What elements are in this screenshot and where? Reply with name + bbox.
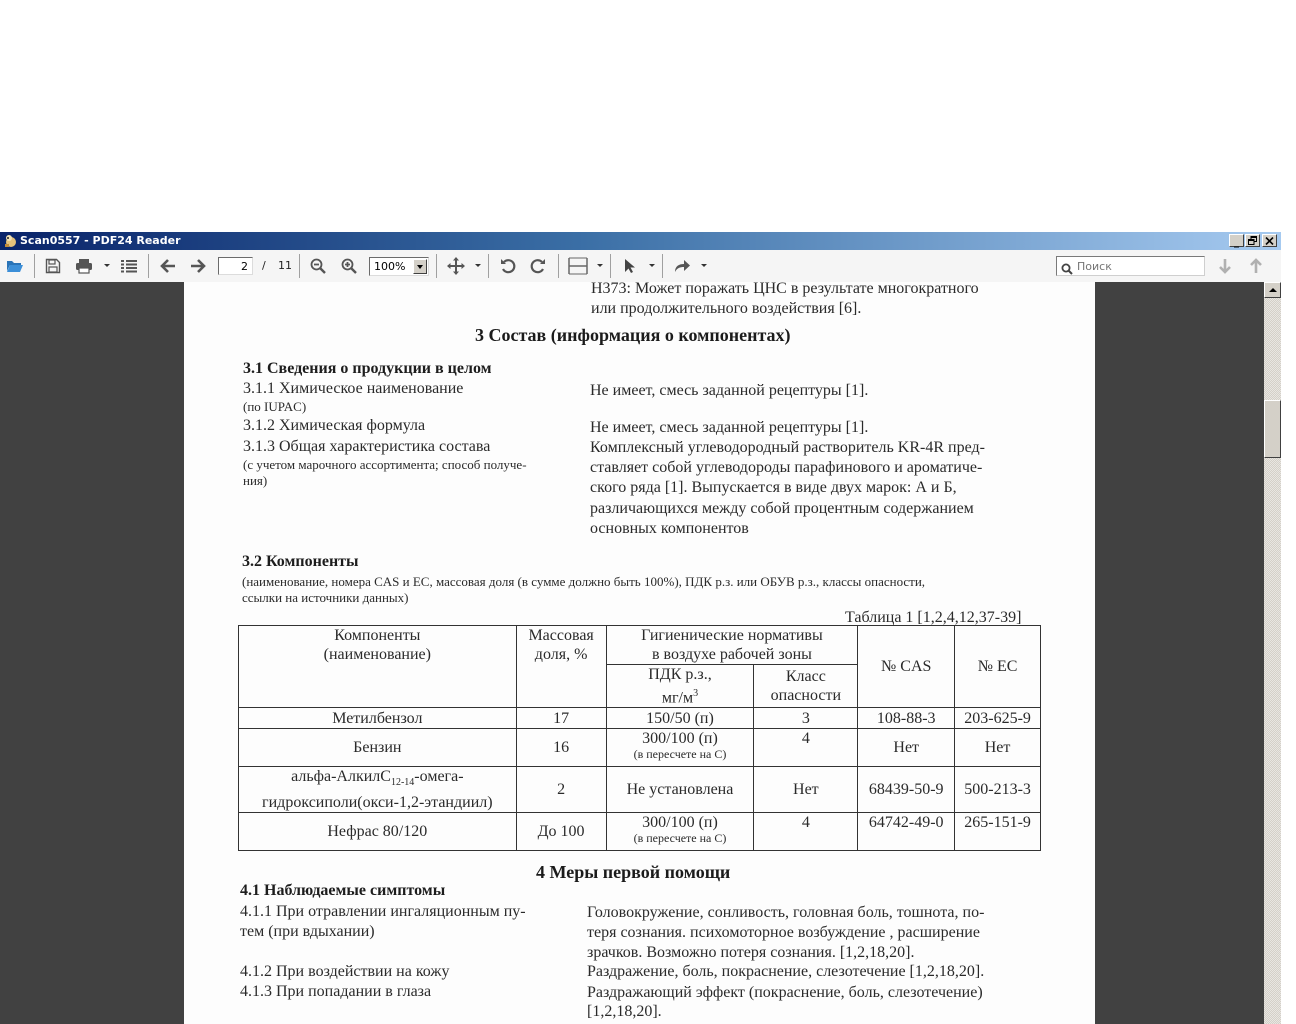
select-tool-button[interactable] xyxy=(619,256,641,276)
close-button[interactable] xyxy=(1262,234,1277,247)
s411-label-1: 4.1.1 При отравлении ингаляционным пу- xyxy=(240,902,526,922)
s411-value-line: Головокружение, сонливость, головная бол… xyxy=(587,903,984,923)
s411-label-2: тем (при вдыхании) xyxy=(240,922,375,942)
h373-line-2: или продолжительного воздействия [6]. xyxy=(591,299,861,319)
s411-value-line: теря сознания. психомоторное возбуждение… xyxy=(587,923,980,943)
s413-value-1: Раздражающий эффект (покраснение, боль, … xyxy=(587,983,983,1003)
page-number-input[interactable] xyxy=(218,257,253,275)
pdf-page: H373: Может поражать ЦНС в результате мн… xyxy=(184,282,1095,1024)
s313-sub-1: (с учетом марочного ассортимента; способ… xyxy=(243,457,527,473)
s313-label: 3.1.3 Общая характеристика состава xyxy=(243,437,490,457)
zoom-dropdown-button[interactable] xyxy=(413,259,427,274)
zoom-level-value: 100% xyxy=(374,260,405,273)
table-row: альфа-АлкилC12-14-омега-гидроксиполи(окс… xyxy=(239,767,1041,812)
pan-tool-button[interactable] xyxy=(445,256,467,276)
zoom-out-button[interactable] xyxy=(307,256,329,276)
save-icon xyxy=(45,258,61,274)
vertical-scrollbar[interactable] xyxy=(1264,282,1281,1024)
table-row: Бензин 16 300/100 (п)(в пересчете на С) … xyxy=(239,729,1041,767)
open-button[interactable] xyxy=(4,256,26,276)
zoom-level-select[interactable]: 100% xyxy=(369,257,429,276)
search-previous-button[interactable] xyxy=(1245,256,1267,276)
arrow-up-icon xyxy=(1249,258,1263,274)
s311-sub: (по IUPAC) xyxy=(243,399,306,415)
rotate-left-button[interactable] xyxy=(497,256,519,276)
fit-width-icon xyxy=(568,257,588,275)
pdf-reader-window: Scan0557 - PDF24 Reader _ xyxy=(0,232,1281,1024)
scrollbar-thumb[interactable] xyxy=(1264,400,1281,458)
section-3-2-title: 3.2 Компоненты xyxy=(242,552,359,572)
section-4-title: 4 Меры первой помощи xyxy=(536,862,730,882)
window-title: Scan0557 - PDF24 Reader xyxy=(20,234,181,247)
section-3-1-title: 3.1 Сведения о продукции в целом xyxy=(243,359,492,379)
section-4-1-title: 4.1 Наблюдаемые симптомы xyxy=(240,881,445,901)
header-mass: Массоваядоля, % xyxy=(516,626,606,708)
s313-sub-2: ния) xyxy=(243,473,267,489)
s313-value-line: ставляет собой углеводороды парафинового… xyxy=(590,458,982,478)
rotate-right-button[interactable] xyxy=(527,256,549,276)
share-dropdown-caret[interactable] xyxy=(701,264,707,267)
desktop-background xyxy=(0,0,1296,232)
fit-dropdown-caret[interactable] xyxy=(597,264,603,267)
toolbar: / 11 100% xyxy=(0,250,1281,282)
outline-list-icon xyxy=(120,259,138,273)
page-separator: / xyxy=(262,259,266,272)
close-icon xyxy=(1265,237,1274,245)
search-next-button[interactable] xyxy=(1214,256,1236,276)
h373-line-1: H373: Может поражать ЦНС в результате мн… xyxy=(591,282,979,299)
header-ec: № EC xyxy=(955,626,1041,708)
app-logo-icon xyxy=(3,233,18,248)
section-3-title: 3 Состав (информация о компонентах) xyxy=(475,325,791,345)
components-table: Компоненты(наименование) Массоваядоля, %… xyxy=(238,625,1041,851)
s313-value-line: различающихся между собой процентным сод… xyxy=(590,499,974,519)
minimize-button[interactable]: _ xyxy=(1229,234,1244,247)
header-pdk: ПДК р.з.,мг/м3 xyxy=(606,665,754,708)
table-row: Метилбензол 17 150/50 (п) 3 108-88-3 203… xyxy=(239,708,1041,729)
s411-value-line: зрачков. Возможно потеря сознания. [1,2,… xyxy=(587,943,914,963)
scroll-up-button[interactable] xyxy=(1264,282,1281,298)
restore-icon xyxy=(1248,236,1257,245)
forward-arrow-icon xyxy=(190,259,206,273)
zoom-out-icon xyxy=(310,258,326,274)
zoom-in-icon xyxy=(341,258,357,274)
s32-sub-1: (наименование, номера CAS и EC, массовая… xyxy=(242,574,925,590)
table-header-row: Компоненты(наименование) Массоваядоля, %… xyxy=(239,626,1041,665)
share-button[interactable] xyxy=(671,256,693,276)
s312-label: 3.1.2 Химическая формула xyxy=(243,416,425,436)
search-box[interactable] xyxy=(1056,256,1205,276)
s413-label: 4.1.3 При попадании в глаза xyxy=(240,982,431,1002)
arrow-down-icon xyxy=(1218,258,1232,274)
header-cas: № CAS xyxy=(858,626,955,708)
s311-label: 3.1.1 Химическое наименование xyxy=(243,379,463,399)
next-page-button[interactable] xyxy=(187,256,209,276)
s412-label: 4.1.2 При воздействии на кожу xyxy=(240,962,449,982)
s311-value: Не имеет, смесь заданной рецептуры [1]. xyxy=(590,381,868,401)
search-input[interactable] xyxy=(1077,259,1201,273)
back-arrow-icon xyxy=(160,259,176,273)
s313-value-line: основных компонентов xyxy=(590,519,749,539)
print-button[interactable] xyxy=(73,256,95,276)
outline-button[interactable] xyxy=(118,256,140,276)
zoom-in-button[interactable] xyxy=(338,256,360,276)
header-hygienic: Гигиенические нормативыв воздухе рабочей… xyxy=(606,626,858,665)
s413-value-2: [1,2,18,20]. xyxy=(587,1002,662,1022)
document-viewer[interactable]: H373: Может поражать ЦНС в результате мн… xyxy=(0,282,1264,1024)
save-button[interactable] xyxy=(42,256,64,276)
header-component: Компоненты(наименование) xyxy=(239,626,517,708)
rotate-right-icon xyxy=(530,258,546,274)
restore-button[interactable] xyxy=(1245,234,1260,247)
s313-value-line: ского ряда [1]. Выпускается в виде двух … xyxy=(590,478,957,498)
header-class: Классопасности xyxy=(754,665,858,708)
s32-sub-2: ссылки на источники данных) xyxy=(242,590,409,606)
previous-page-button[interactable] xyxy=(157,256,179,276)
title-bar[interactable]: Scan0557 - PDF24 Reader _ xyxy=(0,232,1281,250)
share-icon xyxy=(673,259,691,273)
print-icon xyxy=(75,258,93,274)
total-pages: 11 xyxy=(278,259,292,272)
open-folder-icon xyxy=(6,259,24,273)
fit-width-button[interactable] xyxy=(567,256,589,276)
s312-value: Не имеет, смесь заданной рецептуры [1]. xyxy=(590,418,868,438)
s313-value-line: Комплексный углеводородный растворитель … xyxy=(590,438,985,458)
print-dropdown-caret[interactable] xyxy=(104,264,110,267)
rotate-left-icon xyxy=(500,258,516,274)
pan-icon xyxy=(447,257,465,275)
select-dropdown-caret[interactable] xyxy=(649,264,655,267)
select-pointer-icon xyxy=(623,258,637,274)
search-icon xyxy=(1061,260,1073,279)
pan-dropdown-caret[interactable] xyxy=(475,264,481,267)
table-row: Нефрас 80/120 До 100 300/100 (п)(в перес… xyxy=(239,812,1041,850)
s412-value: Раздражение, боль, покраснение, слезотеч… xyxy=(587,962,984,982)
